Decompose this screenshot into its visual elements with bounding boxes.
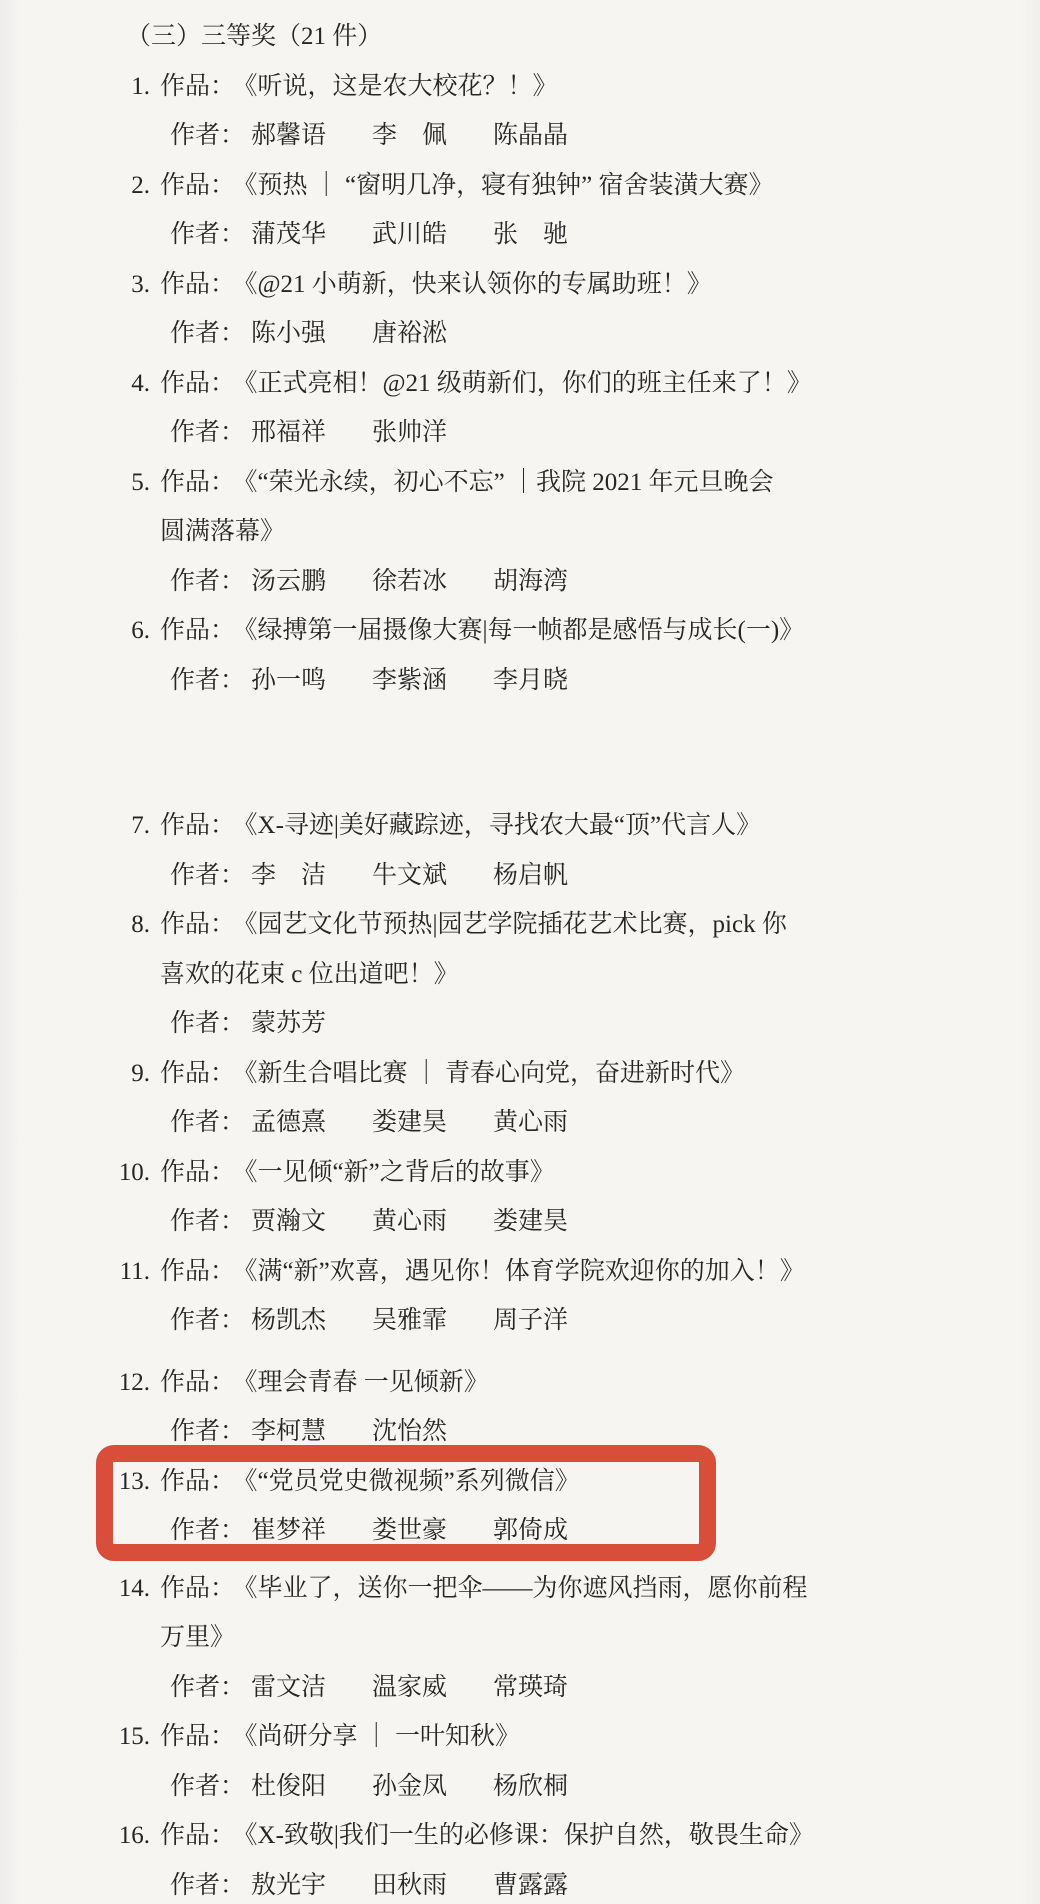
author-name: 李柯慧	[251, 1418, 326, 1445]
authors-line: 作者：汤云鹏徐若冰胡海湾	[0, 557, 1040, 607]
work-title: 《X-寻迹|美好藏踪迹，寻找农大最“顶”代言人》	[245, 812, 761, 839]
work-title: 《@21 小萌新，快来认领你的专属助班！》	[245, 271, 712, 298]
author-name: 李 洁	[251, 862, 326, 889]
author-name: 娄建昊	[493, 1208, 568, 1235]
award-entry: 10.作品：《一见倾“新”之背后的故事》作者：贾瀚文黄心雨娄建昊	[0, 1148, 1040, 1247]
author-name: 吴雅霏	[372, 1307, 447, 1334]
entry-number: 8.	[0, 900, 150, 950]
work-title-line: 10.作品：《一见倾“新”之背后的故事》	[0, 1148, 1040, 1198]
entry-number: 11.	[0, 1247, 150, 1297]
award-entry: 2.作品：《预热 ｜ “窗明几净，寝有独钟” 宿舍装潢大赛》作者：蒲茂华武川皓张…	[0, 161, 1040, 260]
work-title-line: 3.作品：《@21 小萌新，快来认领你的专属助班！》	[0, 260, 1040, 310]
work-title-line: 12.作品：《理会青春 一见倾新》	[0, 1358, 1040, 1408]
work-title-line: 6.作品：《绿搏第一届摄像大赛|每一帧都是感悟与成长(一)》	[0, 606, 1040, 656]
work-title-line: 14.作品：《毕业了，送你一把伞——为你遮风挡雨，愿你前程	[0, 1564, 1040, 1614]
author-label: 作者：	[170, 419, 245, 446]
authors-line: 作者：雷文洁温家威常瑛琦	[0, 1663, 1040, 1713]
author-name: 武川皓	[372, 221, 447, 248]
author-label: 作者：	[170, 1208, 245, 1235]
author-label: 作者：	[170, 320, 245, 347]
entry-number: 9.	[0, 1049, 150, 1099]
work-label: 作品：	[160, 1369, 235, 1396]
work-title: 《园艺文化节预热|园艺学院插花艺术比赛，pick 你	[245, 911, 787, 938]
work-label: 作品：	[160, 172, 235, 199]
entry-number: 14.	[0, 1564, 150, 1614]
author-name: 温家威	[372, 1674, 447, 1701]
award-entry: 6.作品：《绿搏第一届摄像大赛|每一帧都是感悟与成长(一)》作者：孙一鸣李紫涵李…	[0, 606, 1040, 705]
work-title: 《一见倾“新”之背后的故事》	[245, 1159, 555, 1186]
author-name: 杜俊阳	[251, 1773, 326, 1800]
document-page: （三）三等奖（21 件） 1.作品：《听说，这是农大校花？！》作者：郝馨语李 佩…	[0, 0, 1040, 1904]
award-entry: 1.作品：《听说，这是农大校花？！》作者：郝馨语李 佩陈晶晶	[0, 62, 1040, 161]
work-title-text: 喜欢的花束 c 位出道吧！》	[160, 961, 459, 988]
authors-line: 作者：贾瀚文黄心雨娄建昊	[0, 1197, 1040, 1247]
work-title-line: 2.作品：《预热 ｜ “窗明几净，寝有独钟” 宿舍装潢大赛》	[0, 161, 1040, 211]
work-title: 《“荣光永续，初心不忘” ｜我院 2021 年元旦晚会	[245, 469, 773, 496]
award-entry: 16.作品：《X-致敬|我们一生的必修课：保护自然，敬畏生命》作者：敖光宇田秋雨…	[0, 1811, 1040, 1904]
authors-line: 作者：郝馨语李 佩陈晶晶	[0, 111, 1040, 161]
author-name: 蒲茂华	[251, 221, 326, 248]
authors-line: 作者：陈小强唐裕淞	[0, 309, 1040, 359]
award-entry: 11.作品：《满“新”欢喜，遇见你！体育学院欢迎你的加入！》作者：杨凯杰吴雅霏周…	[0, 1247, 1040, 1346]
author-name: 张 驰	[493, 221, 568, 248]
entry-number: 6.	[0, 606, 150, 656]
section-heading: （三）三等奖（21 件）	[0, 12, 1040, 62]
work-title-text: 万里》	[160, 1624, 235, 1651]
author-label: 作者：	[170, 667, 245, 694]
work-title-line: 11.作品：《满“新”欢喜，遇见你！体育学院欢迎你的加入！》	[0, 1247, 1040, 1297]
work-label: 作品：	[160, 911, 235, 938]
author-name: 田秋雨	[372, 1872, 447, 1899]
entry-number: 12.	[0, 1358, 150, 1408]
work-title-continuation: 圆满落幕》	[0, 507, 1040, 557]
author-name: 孙一鸣	[251, 667, 326, 694]
author-name: 李 佩	[372, 122, 447, 149]
author-name: 孟德熹	[251, 1109, 326, 1136]
work-label: 作品：	[160, 73, 235, 100]
authors-line: 作者：李柯慧沈怡然	[0, 1407, 1040, 1457]
award-entry: 3.作品：《@21 小萌新，快来认领你的专属助班！》作者：陈小强唐裕淞	[0, 260, 1040, 359]
author-label: 作者：	[170, 568, 245, 595]
author-name: 雷文洁	[251, 1674, 326, 1701]
author-name: 徐若冰	[372, 568, 447, 595]
award-entry: 12.作品：《理会青春 一见倾新》作者：李柯慧沈怡然	[0, 1358, 1040, 1457]
work-title-line: 7.作品：《X-寻迹|美好藏踪迹，寻找农大最“顶”代言人》	[0, 801, 1040, 851]
entry-number: 2.	[0, 161, 150, 211]
entry-number: 15.	[0, 1712, 150, 1762]
author-name: 邢福祥	[251, 419, 326, 446]
work-title-line: 5.作品：《“荣光永续，初心不忘” ｜我院 2021 年元旦晚会	[0, 458, 1040, 508]
authors-line: 作者：杜俊阳孙金凤杨欣桐	[0, 1762, 1040, 1812]
work-label: 作品：	[160, 1258, 235, 1285]
author-name: 杨凯杰	[251, 1307, 326, 1334]
work-label: 作品：	[160, 1723, 235, 1750]
work-title: 《毕业了，送你一把伞——为你遮风挡雨，愿你前程	[245, 1575, 808, 1602]
author-name: 常瑛琦	[493, 1674, 568, 1701]
award-entry: 9.作品：《新生合唱比赛 ｜ 青春心向党，奋进新时代》作者：孟德熹娄建昊黄心雨	[0, 1049, 1040, 1148]
work-title: 《听说，这是农大校花？！》	[245, 73, 558, 100]
author-name: 唐裕淞	[372, 320, 447, 347]
authors-line: 作者：邢福祥张帅洋	[0, 408, 1040, 458]
author-label: 作者：	[170, 1010, 245, 1037]
author-name: 黄心雨	[493, 1109, 568, 1136]
award-entry: 15.作品：《尚研分享 ｜ 一叶知秋》作者：杜俊阳孙金凤杨欣桐	[0, 1712, 1040, 1811]
award-entry-list: 1.作品：《听说，这是农大校花？！》作者：郝馨语李 佩陈晶晶2.作品：《预热 ｜…	[0, 62, 1040, 1904]
work-title-line: 1.作品：《听说，这是农大校花？！》	[0, 62, 1040, 112]
author-label: 作者：	[170, 1872, 245, 1899]
entry-number: 3.	[0, 260, 150, 310]
work-label: 作品：	[160, 812, 235, 839]
author-name: 李月晓	[493, 667, 568, 694]
award-entry: 8.作品：《园艺文化节预热|园艺学院插花艺术比赛，pick 你喜欢的花束 c 位…	[0, 900, 1040, 1049]
work-title-text: 圆满落幕》	[160, 518, 285, 545]
author-name: 崔梦祥	[251, 1517, 326, 1544]
author-label: 作者：	[170, 1674, 245, 1701]
author-label: 作者：	[170, 122, 245, 149]
work-title: 《满“新”欢喜，遇见你！体育学院欢迎你的加入！》	[245, 1258, 805, 1285]
author-name: 郝馨语	[251, 122, 326, 149]
author-name: 张帅洋	[372, 419, 447, 446]
work-title: 《“党员党史微视频”系列微信》	[245, 1468, 580, 1495]
author-name: 娄建昊	[372, 1109, 447, 1136]
work-label: 作品：	[160, 271, 235, 298]
authors-line: 作者：敖光宇田秋雨曹露露	[0, 1861, 1040, 1904]
work-title: 《绿搏第一届摄像大赛|每一帧都是感悟与成长(一)》	[245, 617, 804, 644]
author-name: 周子洋	[493, 1307, 568, 1334]
award-entry: 4.作品：《正式亮相！@21 级萌新们，你们的班主任来了！》作者：邢福祥张帅洋	[0, 359, 1040, 458]
work-label: 作品：	[160, 1159, 235, 1186]
entry-number: 16.	[0, 1811, 150, 1861]
work-title-line: 9.作品：《新生合唱比赛 ｜ 青春心向党，奋进新时代》	[0, 1049, 1040, 1099]
author-name: 汤云鹏	[251, 568, 326, 595]
award-entry: 14.作品：《毕业了，送你一把伞——为你遮风挡雨，愿你前程万里》作者：雷文洁温家…	[0, 1564, 1040, 1713]
work-title-line: 15.作品：《尚研分享 ｜ 一叶知秋》	[0, 1712, 1040, 1762]
work-title-line: 16.作品：《X-致敬|我们一生的必修课：保护自然，敬畏生命》	[0, 1811, 1040, 1861]
authors-line: 作者：李 洁牛文斌杨启帆	[0, 851, 1040, 901]
author-name: 孙金凤	[372, 1773, 447, 1800]
work-title: 《预热 ｜ “窗明几净，寝有独钟” 宿舍装潢大赛》	[245, 172, 773, 199]
author-label: 作者：	[170, 1307, 245, 1334]
author-name: 沈怡然	[372, 1418, 447, 1445]
entry-number: 1.	[0, 62, 150, 112]
author-name: 杨启帆	[493, 862, 568, 889]
work-title-line: 13.作品：《“党员党史微视频”系列微信》	[0, 1457, 1040, 1507]
author-name: 曹露露	[493, 1872, 568, 1899]
author-label: 作者：	[170, 1517, 245, 1544]
work-title: 《尚研分享 ｜ 一叶知秋》	[245, 1723, 520, 1750]
author-name: 黄心雨	[372, 1208, 447, 1235]
author-label: 作者：	[170, 1773, 245, 1800]
work-title-continuation: 喜欢的花束 c 位出道吧！》	[0, 950, 1040, 1000]
entry-number: 7.	[0, 801, 150, 851]
author-label: 作者：	[170, 1418, 245, 1445]
award-entry: 7.作品：《X-寻迹|美好藏踪迹，寻找农大最“顶”代言人》作者：李 洁牛文斌杨启…	[0, 801, 1040, 900]
entry-number: 13.	[0, 1457, 150, 1507]
authors-line: 作者：杨凯杰吴雅霏周子洋	[0, 1296, 1040, 1346]
work-label: 作品：	[160, 1822, 235, 1849]
work-title: 《正式亮相！@21 级萌新们，你们的班主任来了！》	[245, 370, 812, 397]
authors-line: 作者：蒙苏芳	[0, 999, 1040, 1049]
author-name: 贾瀚文	[251, 1208, 326, 1235]
author-name: 胡海湾	[493, 568, 568, 595]
authors-line: 作者：孟德熹娄建昊黄心雨	[0, 1098, 1040, 1148]
work-title: 《新生合唱比赛 ｜ 青春心向党，奋进新时代》	[245, 1060, 745, 1087]
author-name: 陈小强	[251, 320, 326, 347]
author-label: 作者：	[170, 1109, 245, 1136]
work-label: 作品：	[160, 1468, 235, 1495]
work-title-line: 4.作品：《正式亮相！@21 级萌新们，你们的班主任来了！》	[0, 359, 1040, 409]
work-title-continuation: 万里》	[0, 1613, 1040, 1663]
author-name: 郭倚成	[493, 1517, 568, 1544]
work-title-line: 8.作品：《园艺文化节预热|园艺学院插花艺术比赛，pick 你	[0, 900, 1040, 950]
work-label: 作品：	[160, 1060, 235, 1087]
author-name: 牛文斌	[372, 862, 447, 889]
award-entry: 5.作品：《“荣光永续，初心不忘” ｜我院 2021 年元旦晚会圆满落幕》作者：…	[0, 458, 1040, 607]
author-name: 敖光宇	[251, 1872, 326, 1899]
author-label: 作者：	[170, 862, 245, 889]
authors-line: 作者：崔梦祥娄世豪郭倚成	[0, 1506, 1040, 1556]
author-name: 娄世豪	[372, 1517, 447, 1544]
work-label: 作品：	[160, 617, 235, 644]
award-entry: 13.作品：《“党员党史微视频”系列微信》作者：崔梦祥娄世豪郭倚成	[0, 1457, 1040, 1556]
entry-number: 5.	[0, 458, 150, 508]
author-name: 杨欣桐	[493, 1773, 568, 1800]
work-label: 作品：	[160, 1575, 235, 1602]
work-title: 《理会青春 一见倾新》	[245, 1369, 489, 1396]
entry-number: 4.	[0, 359, 150, 409]
author-label: 作者：	[170, 221, 245, 248]
author-name: 蒙苏芳	[251, 1010, 326, 1037]
work-label: 作品：	[160, 469, 235, 496]
authors-line: 作者：孙一鸣李紫涵李月晓	[0, 656, 1040, 706]
authors-line: 作者：蒲茂华武川皓张 驰	[0, 210, 1040, 260]
work-title: 《X-致敬|我们一生的必修课：保护自然，敬畏生命》	[245, 1822, 814, 1849]
entry-number: 10.	[0, 1148, 150, 1198]
work-label: 作品：	[160, 370, 235, 397]
author-name: 李紫涵	[372, 667, 447, 694]
author-name: 陈晶晶	[493, 122, 568, 149]
